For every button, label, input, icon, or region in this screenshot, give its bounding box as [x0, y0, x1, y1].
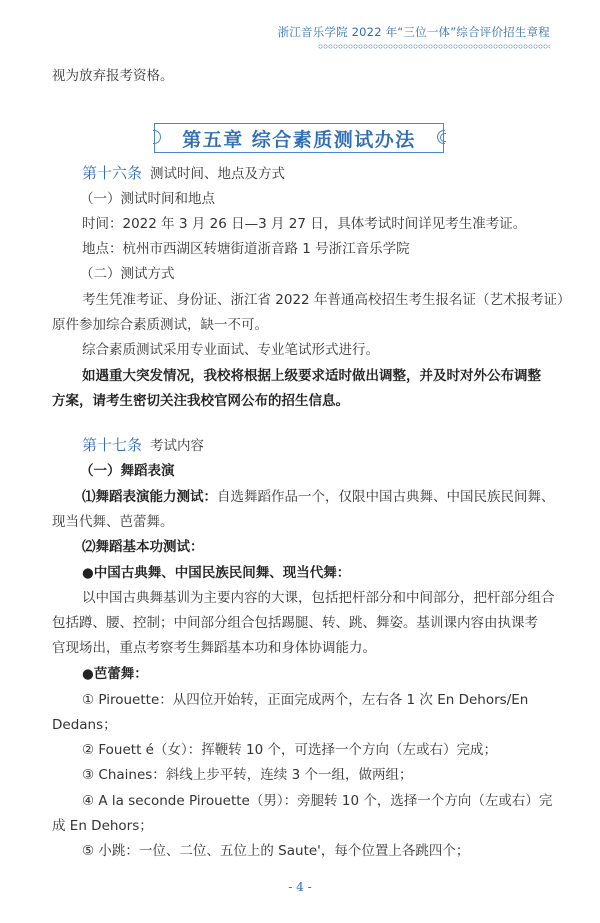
ballet-item: ⑤ 小跳：一位、二位、五位上的 Saute'，每个位置上各跳四个；: [82, 841, 469, 861]
article-title: 测试时间、地点及方式: [150, 166, 285, 182]
ballet-item-continued: Dedans；: [52, 715, 117, 735]
paragraph-line: 以中国古典舞基训为主要内容的大课，包括把杆部分和中间部分，把杆部分组合: [82, 588, 555, 608]
article-16-heading: 第十六条测试时间、地点及方式: [82, 163, 285, 184]
paragraph-line: 包括蹲、腰、控制；中间部分组合包括踢腿、转、跳、舞姿。基训课内容由执课考: [52, 613, 538, 633]
ballet-item: ④ A la seconde Pirouette（男）：旁腿转 10 个，选择一…: [82, 791, 552, 811]
item-2-label: ⑵舞蹈基本功测试：: [82, 537, 204, 557]
item-1: ⑴舞蹈表演能力测试：自选舞蹈作品一个，仅限中国古典舞、中国民族民间舞、: [82, 487, 555, 507]
page-number: - 4 -: [0, 880, 600, 894]
paragraph-line: 考生凭准考证、身份证、浙江省 2022 年普通高校招生考生报名证（艺术报考证）: [82, 290, 570, 310]
bullet-heading: ●中国古典舞、中国民族民间舞、现当代舞：: [82, 563, 350, 583]
paragraph-line: 官现场出，重点考察考生舞蹈基本功和身体协调能力。: [52, 638, 376, 658]
bullet-heading: ●芭蕾舞：: [82, 664, 148, 684]
chapter-title: 第五章 综合素质测试办法: [182, 125, 416, 152]
header-title: 浙江音乐学院 2022 年“三位一体”综合评价招生章程: [278, 24, 550, 40]
preceding-text: 视为放弃报考资格。: [52, 66, 174, 86]
subheading: （一）舞蹈表演: [80, 461, 175, 481]
ballet-item-continued: 成 En Dehors；: [52, 816, 153, 836]
paragraph: 综合素质测试采用专业面试、专业笔试形式进行。: [82, 340, 379, 360]
article-number: 第十六条: [82, 164, 142, 182]
article-17-heading: 第十七条考试内容: [82, 435, 204, 456]
chapter-banner: 第五章 综合素质测试办法: [154, 123, 444, 153]
article-title: 考试内容: [150, 438, 204, 454]
subheading: （二）测试方式: [80, 264, 175, 284]
page-header: 浙江音乐学院 2022 年“三位一体”综合评价招生章程: [278, 24, 550, 49]
ballet-item: ③ Chaines：斜线上步平转，连续 3 个一组，做两组；: [82, 765, 412, 785]
paragraph-line: 原件参加综合素质测试，缺一不可。: [52, 315, 268, 335]
paragraph-line: 现当代舞、芭蕾舞。: [52, 512, 174, 532]
article-number: 第十七条: [82, 436, 142, 454]
item-label: ⑴舞蹈表演能力测试：: [82, 489, 217, 505]
notice-line: 方案，请考生密切关注我校官网公布的招生信息。: [52, 391, 349, 411]
ballet-item: ① Pirouette：从四位开始转，正面完成两个，左右各 1 次 En Deh…: [82, 690, 528, 710]
time-line: 时间：2022 年 3 月 26 日—3 月 27 日，具体考试时间详见考生准考…: [82, 214, 526, 234]
banner-scroll-left-icon: [153, 130, 161, 144]
place-line: 地点：杭州市西湖区转塘街道浙音路 1 号浙江音乐学院: [82, 239, 410, 259]
subheading: （一）测试时间和地点: [80, 189, 215, 209]
banner-scroll-right-icon: [437, 130, 445, 144]
ballet-item: ② Fouett é（女）：挥鞭转 10 个，可选择一个方向（左或右）完成；: [82, 740, 497, 760]
notice-line: 如遇重大突发情况，我校将根据上级要求适时做出调整，并及时对外公布调整: [82, 366, 541, 386]
header-decorative-border: [318, 44, 550, 49]
item-text: 自选舞蹈作品一个，仅限中国古典舞、中国民族民间舞、: [217, 489, 555, 505]
